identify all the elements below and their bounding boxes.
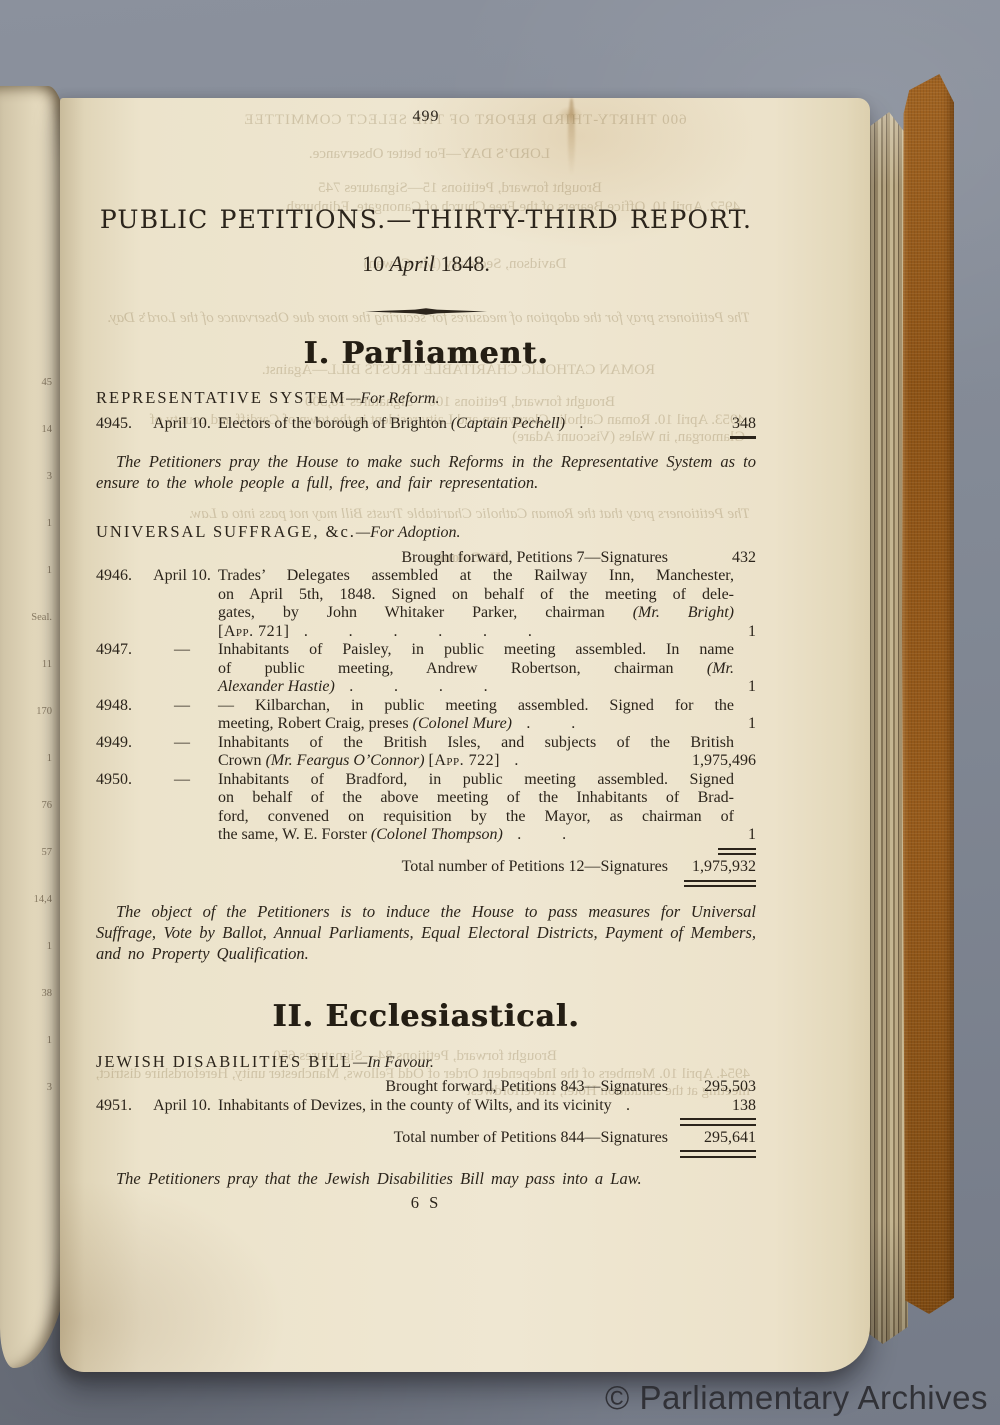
signature-count: 432 — [732, 549, 756, 568]
sliver-mark: 3 — [47, 472, 52, 483]
signature-count: 1,975,932 — [692, 858, 756, 877]
entry-number: 4949. — [96, 734, 146, 753]
entry-description: Trades’ Delegates assembled at the Railw… — [218, 567, 734, 641]
total-line: Total number of Petitions 12—Signatures1… — [96, 858, 756, 877]
signature-count: 295,503 — [704, 1078, 756, 1097]
entry-date: April 10. — [146, 1097, 218, 1116]
entry-line: Inhabitants of Devizes, in the county of… — [218, 1097, 734, 1116]
entry-text: Crown — [218, 752, 266, 769]
sliver-mark: 1 — [47, 519, 52, 530]
entry-date: — — [146, 771, 218, 790]
entry-text: Inhabitants of the British Isles, and su… — [218, 734, 734, 751]
signature-count: 1,975,496 — [692, 752, 756, 771]
date-year: 1848. — [435, 251, 490, 276]
entry-line: gates, by John Whitaker Parker, chairman… — [218, 604, 734, 623]
sum-rule — [730, 436, 756, 439]
photograph-of-open-book: 4514311Seal.111701765714,413813 600 THIR… — [0, 0, 1000, 1425]
sliver-mark: 1 — [47, 566, 52, 577]
petition-list-suffrage: Brought forward, Petitions 7—Signatures4… — [96, 549, 756, 888]
petition-prayer-jewish: The Petitioners pray that the Jewish Dis… — [96, 1168, 756, 1189]
subheading-qualifier: —For Adoption. — [356, 524, 461, 541]
sum-rule — [718, 848, 756, 856]
entry-description: Electors of the borough of Brighton (Cap… — [218, 415, 734, 434]
entry-line: on April 5th, 1848. Signed on behalf of … — [218, 586, 734, 605]
entry-text: ford, convened on requisition by the May… — [218, 808, 734, 825]
signature-count: 348 — [732, 415, 756, 434]
entry-line: Trades’ Delegates assembled at the Railw… — [218, 567, 734, 586]
book-page: 600 THIRTY-THIRD REPORT OF THE SELECT CO… — [60, 98, 870, 1372]
entry-line: Electors of the borough of Brighton (Cap… — [218, 415, 734, 434]
entry-description: Inhabitants of Bradford, in public meeti… — [218, 771, 734, 845]
sum-rule-row — [96, 880, 756, 888]
signature-count: 1 — [748, 826, 756, 845]
entry-text: Trades’ Delegates assembled at the Railw… — [218, 567, 734, 584]
petition-entry-4947: 4947.—Inhabitants of Paisley, in public … — [96, 641, 756, 697]
dot-leader: . — [565, 415, 583, 432]
entry-line: the same, W. E. Forster (Colonel Thompso… — [218, 826, 734, 845]
sliver-mark: 11 — [42, 660, 52, 671]
subheading-qualifier: —For Reform. — [346, 390, 439, 407]
sum-rule-row — [96, 436, 756, 439]
sum-rule — [680, 1118, 756, 1126]
entry-line: meeting, Robert Craig, preses (Colonel M… — [218, 715, 734, 734]
petition-entry-4946: 4946.April 10.Trades’ Delegates assemble… — [96, 567, 756, 641]
carry-text: Brought forward, Petitions 7—Signatures — [96, 549, 756, 568]
archive-watermark: © Parliamentary Archives — [605, 1379, 988, 1417]
dot-leader: . — [500, 752, 518, 769]
entry-text: on April 5th, 1848. Signed on behalf of … — [218, 586, 734, 603]
entry-text: [App. 721] — [218, 623, 289, 640]
dot-leader: . . — [503, 826, 566, 843]
sliver-mark: 45 — [42, 378, 53, 389]
subheading-caps: REPRESENTATIVE SYSTEM — [96, 388, 346, 407]
sliver-mark: 3 — [47, 1083, 52, 1094]
book-page-stack-edge — [866, 112, 908, 1344]
date-month: April — [390, 251, 435, 276]
entry-number: 4947. — [96, 641, 146, 660]
date-day: 10 — [362, 251, 390, 276]
entry-text: Inhabitants of Bradford, in public meeti… — [218, 771, 734, 788]
entry-date: April 10. — [146, 567, 218, 586]
entry-line: — Kilbarchan, in public meeting assemble… — [218, 697, 734, 716]
entry-text: Inhabitants of Devizes, in the county of… — [218, 1097, 612, 1114]
sliver-mark: 1 — [47, 754, 52, 765]
brought-forward-line: Brought forward, Petitions 7—Signatures4… — [96, 549, 756, 568]
dot-leader: . . — [512, 715, 575, 732]
dot-leader: . . . . — [335, 678, 488, 695]
entry-description: Inhabitants of Paisley, in public meetin… — [218, 641, 734, 697]
petition-object-note: The object of the Petitioners is to indu… — [96, 901, 756, 964]
entry-text: (Colonel Mure) — [413, 715, 512, 732]
entry-description: Inhabitants of the British Isles, and su… — [218, 734, 734, 771]
entry-text: of public meeting, Andrew Robertson, cha… — [218, 660, 707, 677]
sliver-mark: 14,4 — [34, 895, 52, 906]
entry-date: — — [146, 641, 218, 660]
petition-list-representative: 4945.April 10.Electors of the borough of… — [96, 415, 756, 440]
section-heading-parliament: I. Parliament. — [96, 345, 756, 364]
petition-entry-4951: 4951.April 10.Inhabitants of Devizes, in… — [96, 1097, 756, 1116]
book-cover — [902, 74, 954, 1314]
signature-mark: 6 S — [96, 1194, 756, 1213]
petition-list-jewish: Brought forward, Petitions 843—Signature… — [96, 1078, 756, 1158]
carry-text: Total number of Petitions 12—Signatures — [96, 858, 756, 877]
entry-line: Inhabitants of Paisley, in public meetin… — [218, 641, 734, 660]
carry-text: Total number of Petitions 844—Signatures — [96, 1129, 756, 1148]
entry-text: (Mr. Feargus O’Connor) — [266, 752, 425, 769]
subheading-representative-system: REPRESENTATIVE SYSTEM—For Reform. — [96, 389, 756, 409]
dot-leader: . . . . . . — [289, 623, 531, 640]
petition-entry-4948: 4948.—— Kilbarchan, in public meeting as… — [96, 697, 756, 734]
petition-prayer-reform: The Petitioners pray the House to make s… — [96, 451, 756, 493]
report-date: 10 April 1848. — [96, 255, 756, 274]
subheading-caps: JEWISH DISABILITIES BILL — [96, 1052, 353, 1071]
petition-entry-4945: 4945.April 10.Electors of the borough of… — [96, 415, 756, 434]
total-line: Total number of Petitions 844—Signatures… — [96, 1129, 756, 1148]
entry-date: — — [146, 697, 218, 716]
report-title: PUBLIC PETITIONS.—THIRTY-THIRD REPORT. — [96, 211, 756, 230]
subheading-universal-suffrage: UNIVERSAL SUFFRAGE, &c.—For Adoption. — [96, 523, 756, 543]
entry-text: (Captain Pechell) — [451, 415, 565, 432]
entry-text: (Mr. Bright) — [633, 604, 734, 621]
entry-date: April 10. — [146, 415, 218, 434]
entry-text: on behalf of the above meeting of the In… — [218, 789, 734, 806]
entry-description: Inhabitants of Devizes, in the county of… — [218, 1097, 734, 1116]
signature-count: 1 — [748, 678, 756, 697]
entry-number: 4945. — [96, 415, 146, 434]
swelled-rule-divider — [365, 308, 487, 315]
sum-rule-row — [96, 1150, 756, 1158]
sliver-mark: Seal. — [31, 613, 52, 624]
sum-rule — [684, 880, 756, 888]
signature-count: 138 — [732, 1097, 756, 1116]
entry-text: — Kilbarchan, in public meeting assemble… — [218, 697, 734, 714]
entry-number: 4950. — [96, 771, 146, 790]
entry-line: Inhabitants of the British Isles, and su… — [218, 734, 734, 753]
entry-line: of public meeting, Andrew Robertson, cha… — [218, 660, 734, 679]
sliver-mark: 76 — [42, 801, 53, 812]
previous-page-number-fragments: 4514311Seal.111701765714,413813 — [2, 378, 60, 1094]
brought-forward-line: Brought forward, Petitions 843—Signature… — [96, 1078, 756, 1097]
entry-number: 4946. — [96, 567, 146, 586]
entry-line: Alexander Hastie). . . . — [218, 678, 734, 697]
sliver-mark: 170 — [36, 707, 52, 718]
petition-entry-4949: 4949.—Inhabitants of the British Isles, … — [96, 734, 756, 771]
entry-line: ford, convened on requisition by the May… — [218, 808, 734, 827]
entry-text: Alexander Hastie) — [218, 678, 335, 695]
entry-text: (Mr. — [707, 660, 734, 677]
subheading-qualifier: —In Favour. — [353, 1054, 434, 1071]
entry-text: the same, W. E. Forster — [218, 826, 371, 843]
signature-count: 1 — [748, 715, 756, 734]
dot-leader: . — [612, 1097, 630, 1114]
entry-number: 4951. — [96, 1097, 146, 1116]
sliver-mark: 14 — [42, 425, 53, 436]
printed-text-block: 499 PUBLIC PETITIONS.—THIRTY-THIRD REPOR… — [96, 98, 756, 1212]
entry-text: (Colonel Thompson) — [371, 826, 503, 843]
entry-line: on behalf of the above meeting of the In… — [218, 789, 734, 808]
entry-description: — Kilbarchan, in public meeting assemble… — [218, 697, 734, 734]
sum-rule-row — [96, 848, 756, 856]
petition-entry-4950: 4950.—Inhabitants of Bradford, in public… — [96, 771, 756, 845]
entry-line: Inhabitants of Bradford, in public meeti… — [218, 771, 734, 790]
section-heading-ecclesiastical: II. Ecclesiastical. — [96, 1008, 756, 1027]
entry-date: — — [146, 734, 218, 753]
carry-text: Brought forward, Petitions 843—Signature… — [96, 1078, 756, 1097]
entry-text: [App. 722] — [429, 752, 500, 769]
entry-text: Electors of the borough of Brighton — [218, 415, 451, 432]
entry-text: Inhabitants of Paisley, in public meetin… — [218, 641, 734, 658]
page-number: 499 — [96, 108, 756, 127]
entry-text: gates, by John Whitaker Parker, chairman — [218, 604, 633, 621]
sum-rule-row — [96, 1118, 756, 1126]
sliver-mark: 38 — [42, 989, 53, 1000]
sliver-mark: 57 — [42, 848, 53, 859]
sliver-mark: 1 — [47, 942, 52, 953]
subheading-jewish-disabilities: JEWISH DISABILITIES BILL—In Favour. — [96, 1053, 756, 1073]
entry-number: 4948. — [96, 697, 146, 716]
entry-line: Crown (Mr. Feargus O’Connor) [App. 722]. — [218, 752, 734, 771]
entry-text: meeting, Robert Craig, preses — [218, 715, 413, 732]
signature-count: 1 — [748, 623, 756, 642]
sliver-mark: 1 — [47, 1036, 52, 1047]
entry-line: [App. 721]. . . . . . — [218, 623, 734, 642]
signature-count: 295,641 — [704, 1129, 756, 1148]
sum-rule — [680, 1150, 756, 1158]
subheading-caps: UNIVERSAL SUFFRAGE, &c. — [96, 522, 356, 541]
